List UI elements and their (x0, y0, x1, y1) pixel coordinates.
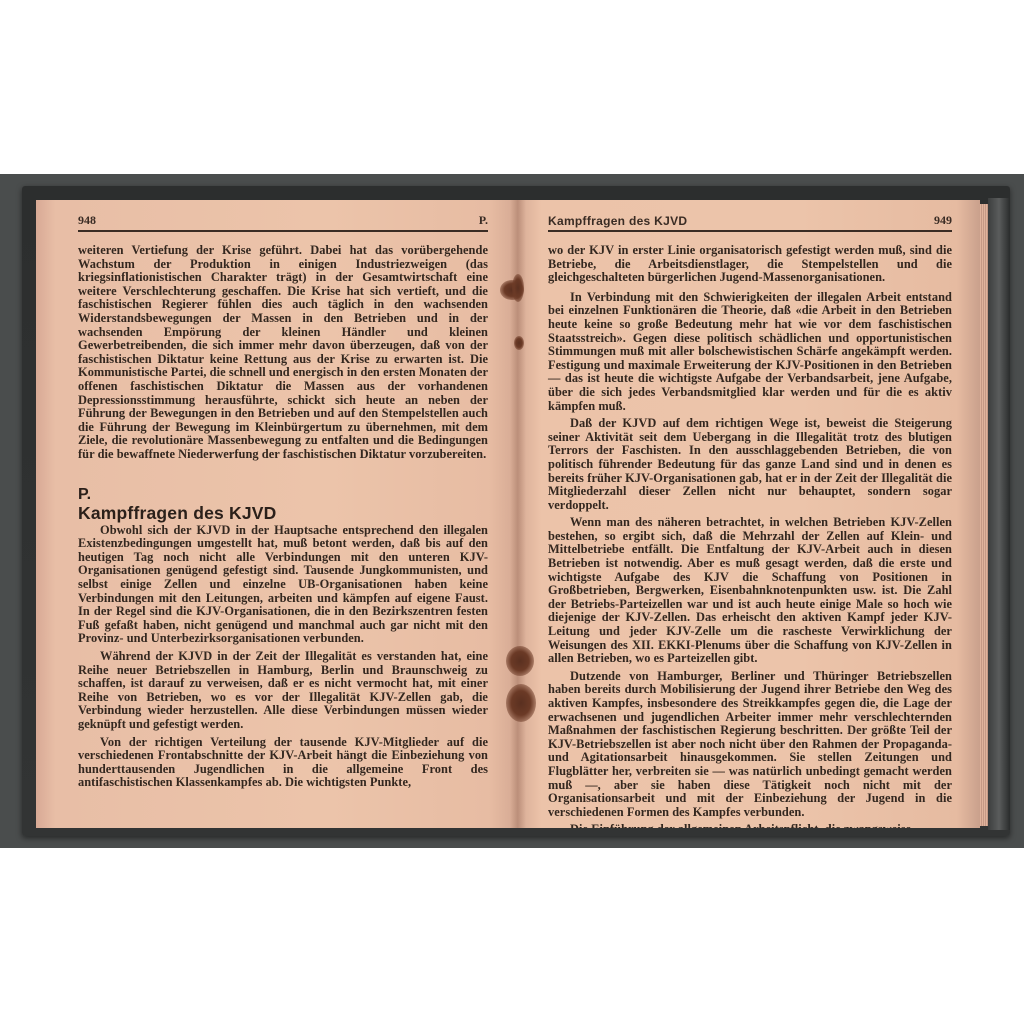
section-letter: P. (78, 488, 488, 502)
right-page: Kampffragen des KJVD 949 wo der KJV in e… (518, 200, 980, 828)
left-page-body: weiteren Vertiefung der Krise geführt. D… (78, 244, 488, 790)
page-number-left: 948 (78, 213, 96, 228)
left-running-head: 948 P. (78, 212, 488, 232)
running-head-title: Kampffragen des KJVD (548, 214, 687, 228)
paragraph: In Verbindung mit den Schwierigkeiten de… (548, 291, 952, 413)
right-page-body: wo der KJV in erster Linie organisatoris… (548, 244, 952, 828)
paragraph: wo der KJV in erster Linie organisatoris… (548, 244, 952, 285)
paragraph: Obwohl sich der KJVD in der Hauptsache e… (78, 524, 488, 646)
page-number-right: 949 (934, 213, 952, 228)
paragraph: Die Einführung der allgemeinen Arbeitspf… (548, 823, 952, 828)
right-running-head: Kampffragen des KJVD 949 (548, 212, 952, 232)
book-cover-edge (988, 198, 1010, 830)
thread-stain-lower-1 (506, 646, 534, 676)
paragraph: Während der KJVD in der Zeit der Illegal… (78, 650, 488, 732)
paragraph: Daß der KJVD auf dem richtigen Wege ist,… (548, 417, 952, 512)
thread-stain-lower-2 (506, 684, 536, 722)
left-page: 948 P. weiteren Vertiefung der Krise gef… (36, 200, 518, 828)
page-edges (980, 204, 988, 826)
running-head-section: P. (479, 213, 488, 228)
paragraph: Dutzende von Hamburger, Berliner und Thü… (548, 670, 952, 820)
paragraph: Von der richtigen Verteilung der tausend… (78, 736, 488, 790)
section-title: Kampffragen des KJVD (78, 507, 488, 521)
thread-stain-small (514, 336, 524, 350)
thread-stain-top-center (512, 274, 524, 302)
paragraph: weiteren Vertiefung der Krise geführt. D… (78, 244, 488, 462)
paragraph: Wenn man des näheren betrachtet, in welc… (548, 516, 952, 666)
